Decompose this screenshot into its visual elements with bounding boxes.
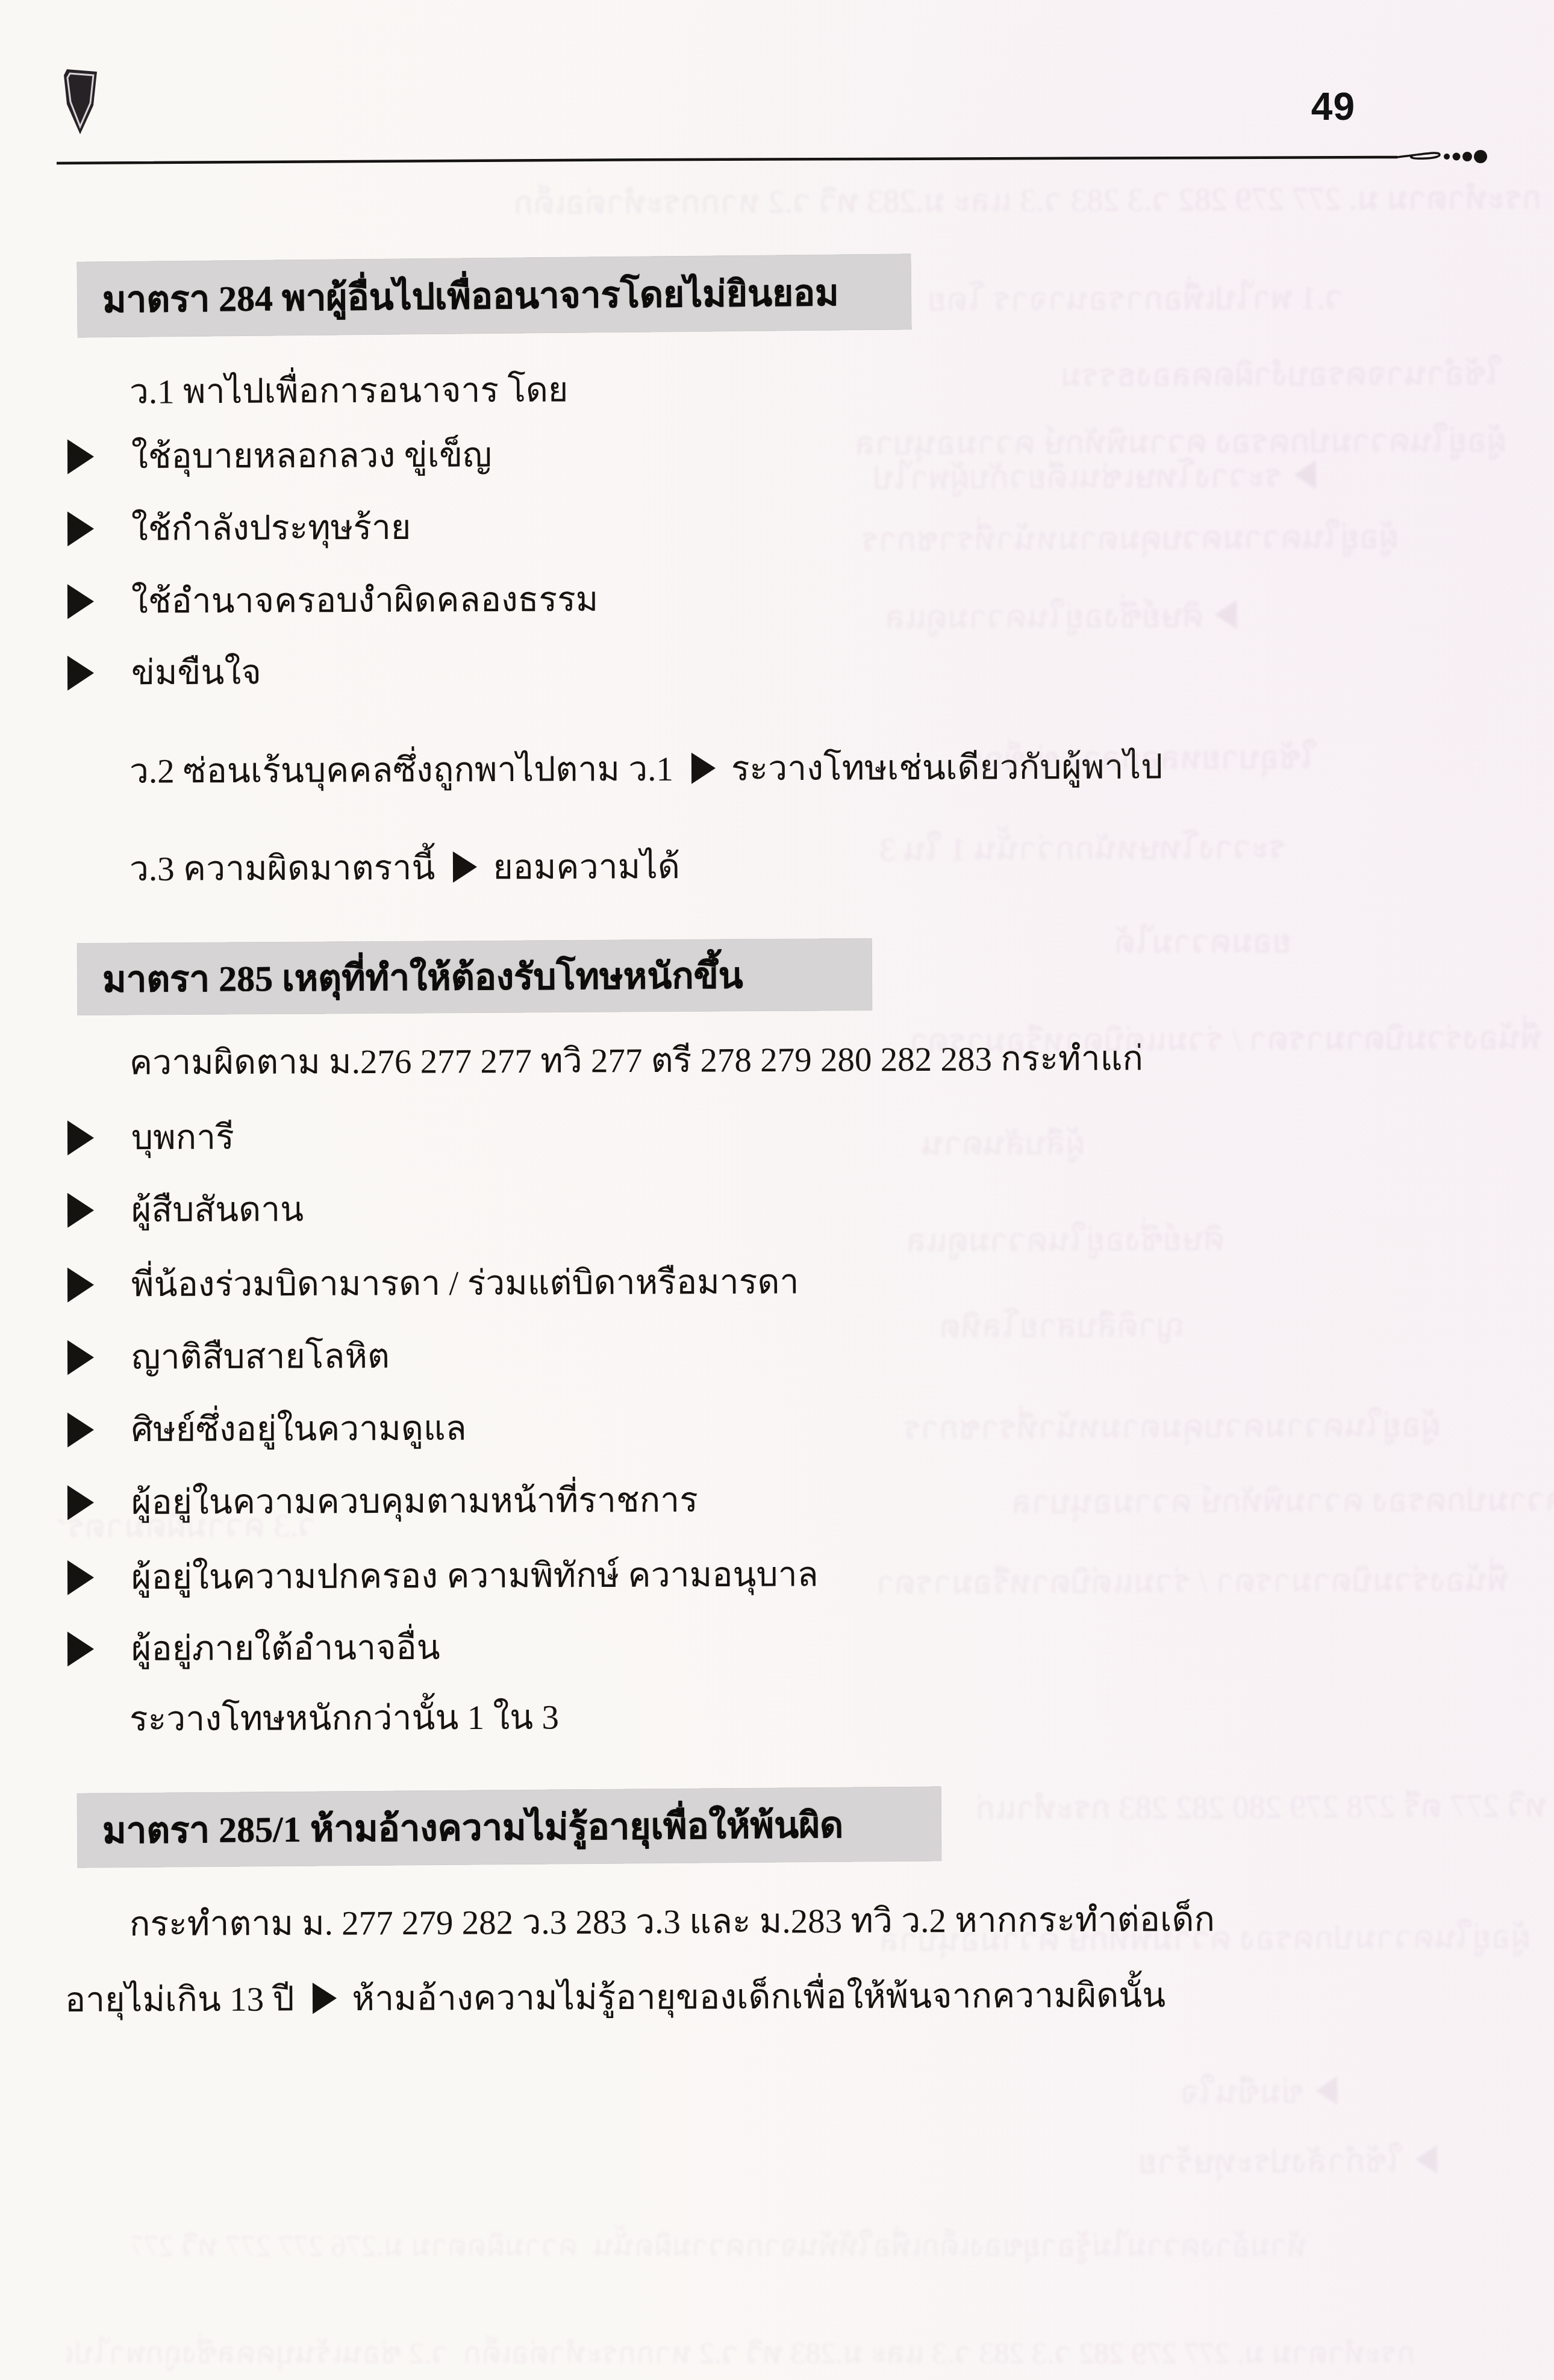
list-item: ผู้อยู่ภายใต้อำนาจอื่น [67,1621,440,1677]
ghost-line: ระวางโทษหนักกว่านั้น 1 ใน 3 [879,821,1287,875]
right-triangle-bullet-icon [67,1631,94,1666]
ghost-line: ผู้อยู่ในความปกครอง ความพิทักษ์ ความอนุบ… [855,414,1506,469]
ghost-line: ข่มขืนใจ [1181,2065,1350,2117]
right-triangle-bullet-icon [453,851,477,882]
ghost-line: ใช้อำนาจครอบงำผิดคลองธรรม [1060,347,1503,401]
ghost-line: พี่น้องร่วมบิดามารดา / ร่วมแต่บิดาหรือมา… [876,1553,1509,1608]
right-triangle-bullet-icon [67,656,94,691]
ghost-line: ผู้อยู่ในความควบคุมตามหน้าที่ราชการ [861,511,1399,565]
list-item: ญาติสืบสายโลหิต [67,1329,390,1385]
section-284-header-bar: มาตรา 284 พาผู้อื่นไปเพื่ออนาจารโดยไม่ยิ… [76,254,911,337]
section-285-1-line1: กระทำตาม ม. 277 279 282 ว.3 283 ว.3 และ … [129,1892,1215,1951]
ghost-line: ใช้กำลังประทุษร้าย [1138,2134,1449,2188]
ghost-line: ศิษย์ซึ่งอยู่ในความดูแล [906,1213,1225,1266]
ghost-line: กระทำตาม ม. 277 279 282 ว.3 283 ว.3 และ … [711,171,1542,227]
right-triangle-bullet-icon [67,1340,94,1375]
section-285-footer-line: ระวางโทษหนักกว่านั้น 1 ใน 3 [129,1690,559,1746]
list-item: ศิษย์ซึ่งอยู่ในความดูแล [67,1401,467,1457]
publisher-nib-logo-icon [62,68,101,136]
section-285-title: มาตรา 285 เหตุที่ทำให้ต้องรับโทษหนักขึ้น [102,947,743,1008]
ghost-line: ยอมความได้ [1114,915,1292,968]
right-triangle-bullet-icon [67,1485,94,1520]
section-284-v2-line: ว.2 ซ่อนเร้นบุคคลซึ่งถูกพาไปตาม ว.1ระวาง… [129,740,1163,798]
right-triangle-bullet-icon [67,1267,94,1302]
right-triangle-bullet-icon [67,1560,94,1595]
section-285-header-bar: มาตรา 285 เหตุที่ทำให้ต้องรับโทษหนักขึ้น [77,938,873,1015]
list-item: ผู้อยู่ในความปกครอง ความพิทักษ์ ความอนุบ… [67,1547,819,1604]
section-285-1-title: มาตรา 285/1 ห้ามอ้างความไม่รู้อายุเพื่อใ… [102,1796,844,1859]
right-triangle-bullet-icon [67,584,94,619]
list-item: ใช้อุบายหลอกลวง ขู่เข็ญ [67,428,492,484]
ghost-line: ความผิดตาม ม.276 277 277 ทวิ 277 ตรี 278… [976,1777,1554,1834]
section-285-1-line2: อายุไม่เกิน 13 ปีห้ามอ้างความไม่รู้อายุข… [65,1968,1166,2027]
list-item: ผู้อยู่ในความควบคุมตามหน้าที่ราชการ [67,1473,698,1530]
right-triangle-bullet-icon [67,1193,94,1228]
right-triangle-bullet-icon [67,1412,94,1447]
section-284-title: มาตรา 284 พาผู้อื่นไปเพื่ออนาจารโดยไม่ยิ… [102,264,840,328]
section-284-v1-line: ว.1 พาไปเพื่อการอนาจาร โดย [129,363,569,419]
ghost-line: ญาติสืบสายโลหิต [940,1299,1185,1352]
right-triangle-bullet-icon [312,1983,336,2014]
list-item: บุพการี [67,1110,234,1165]
right-triangle-bullet-icon [691,752,716,783]
list-item: ผู้สืบสันดาน [67,1182,304,1238]
ghost-band: ห้ามอ้างความไม่รู้อายุของเด็กเพื่อให้พ้น… [133,2222,1307,2270]
right-triangle-bullet-icon [67,1120,94,1155]
header-rule [54,136,1500,178]
list-item: ข่มขืนใจ [67,645,261,700]
ghost-line: ระวางโทษเช่นเดียวกับผู้พาไป [873,449,1328,503]
scanned-book-page: { "page": { "number": "49" }, "colors": … [0,0,1554,2380]
page-number: 49 [1289,84,1355,129]
ghost-band: กระทำตาม ม. 277 279 282 ว.3 283 ว.3 และ … [66,2329,1415,2377]
right-triangle-bullet-icon [67,439,94,474]
ghost-line: ผู้สืบสันดาน [922,1117,1085,1169]
section-285-intro-line: ความผิดตาม ม.276 277 277 ทวิ 277 ตรี 278… [129,1031,1143,1089]
ghost-line: ว.1 พาไปเพื่อการอนาจาร โดย [928,271,1343,325]
list-item: ใช้อำนาจครอบงำผิดคลองธรรม [67,572,599,629]
ghost-line: ผู้อยู่ในความควบคุมตามหน้าที่ราชการ [903,1399,1441,1454]
section-284-v3-line: ว.3 ความผิดมาตรานี้ยอมความได้ [129,840,680,896]
section-285-1-header-bar: มาตรา 285/1 ห้ามอ้างความไม่รู้อายุเพื่อใ… [77,1786,942,1868]
list-item: พี่น้องร่วมบิดามารดา / ร่วมแต่บิดาหรือมา… [67,1254,799,1312]
ghost-line: ศิษย์ซึ่งอยู่ในความดูแล [885,589,1249,643]
ghost-line: ผู้อยู่ในความปกครอง ความพิทักษ์ ความอนุบ… [1012,1472,1554,1528]
list-item: ใช้กำลังประทุษร้าย [67,500,411,556]
rule-loop [1397,153,1440,158]
right-triangle-bullet-icon [67,511,94,546]
